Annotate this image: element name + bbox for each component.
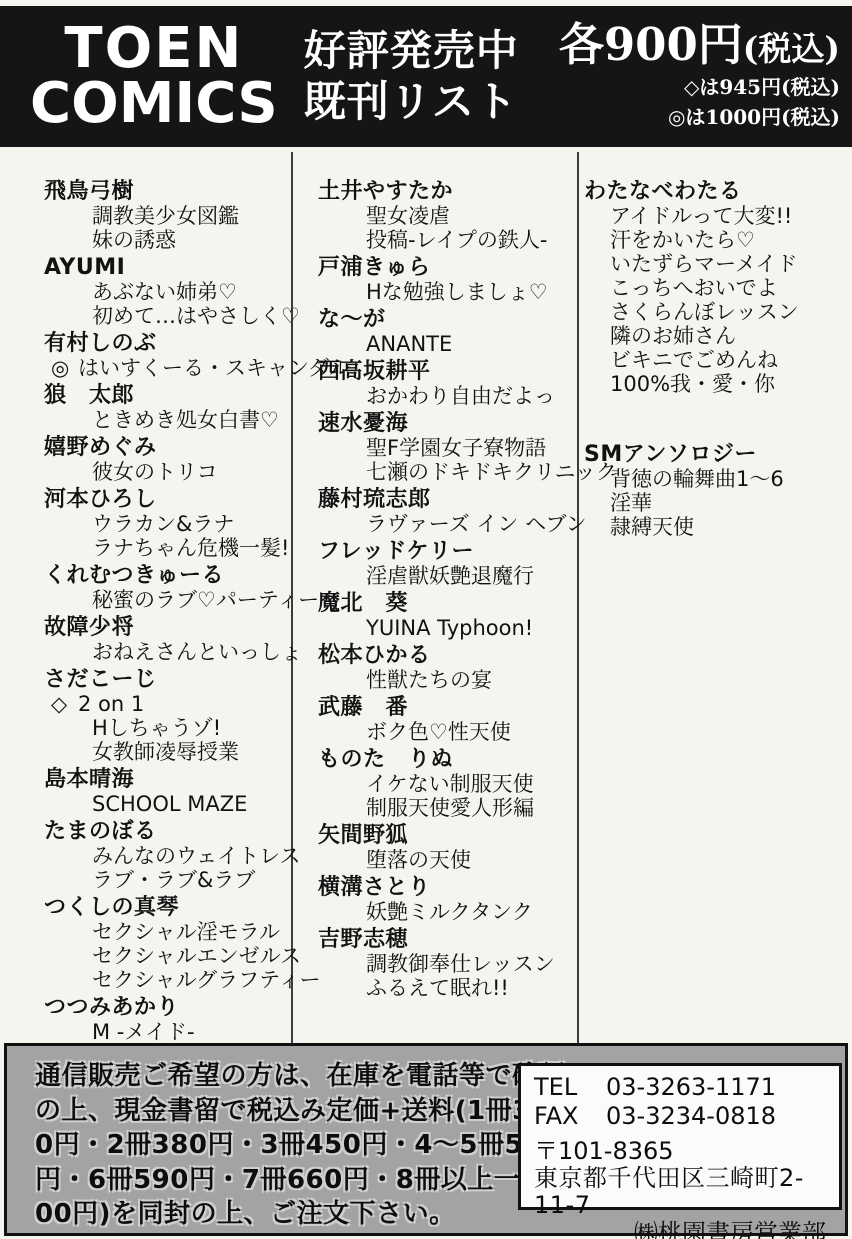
work-title: 制服天使愛人形編	[318, 796, 574, 820]
work-title: ボク色♡性天使	[318, 720, 574, 744]
work-title-text: セクシャルエンゼルス	[92, 944, 301, 968]
author-block: AYUMIあぶない姉弟♡初めて…はやさしく♡	[44, 255, 292, 328]
work-title: ◎はいすくーる・スキャンダル	[44, 356, 292, 380]
mail-order-footer: 通信販売ご希望の方は、在庫を電話等で確認の上、現金書留で税込み定価+送料(1冊3…	[4, 1043, 848, 1236]
author-name: くれむつきゅーる	[44, 563, 292, 588]
work-title-text: さくらんぼレッスン	[610, 300, 799, 324]
work-title-text: 隣のお姉さん	[610, 324, 736, 348]
book-list-column-3: わたなべわたるアイドルって大変!!汗をかいたら♡いたずらマーメイドこっちへおいで…	[584, 176, 848, 539]
author-block: 吉野志穂調教御奉仕レッスンふるえて眠れ!!	[318, 927, 574, 1000]
order-info-line: 00円)を同封の上、ご注文下さい。	[35, 1197, 565, 1232]
author-name: ものた りぬ	[318, 747, 574, 772]
work-title: 隣のお姉さん	[584, 324, 848, 348]
work-title: ラヴァーズ イン ヘブン	[318, 512, 574, 536]
column-divider-2	[577, 152, 579, 1045]
work-title-text: 妹の誘惑	[92, 228, 176, 252]
author-name: SMアンソロジー	[584, 442, 848, 467]
author-block: つくしの真琴セクシャル淫モラルセクシャルエンゼルスセクシャルグラフティー	[44, 895, 292, 992]
work-title: 堕落の天使	[318, 848, 574, 872]
work-title: 七瀬のドキドキクリニック	[318, 460, 574, 484]
fax-row: FAX 03-3234-0818	[534, 1102, 826, 1131]
work-title-text: あぶない姉弟♡	[92, 280, 237, 304]
work-title-text: Hしちゃうゾ!	[92, 716, 221, 740]
author-name: たまのぼる	[44, 819, 292, 844]
work-title-text: 七瀬のドキドキクリニック	[366, 460, 617, 484]
author-name: 吉野志穂	[318, 927, 574, 952]
order-info-line: 通信販売ご希望の方は、在庫を電話等で確認	[35, 1059, 565, 1094]
author-name: 松本ひかる	[318, 643, 574, 668]
work-title: いたずらマーメイド	[584, 252, 848, 276]
work-title-text: ボク色♡性天使	[366, 720, 511, 744]
work-title: 秘蜜のラブ♡パーティー	[44, 588, 292, 612]
author-block: 矢間野狐堕落の天使	[318, 823, 574, 872]
work-title: さくらんぼレッスン	[584, 300, 848, 324]
author-name: さだこーじ	[44, 667, 292, 692]
tel-number: 03-3263-1171	[606, 1073, 776, 1102]
author-block: くれむつきゅーる秘蜜のラブ♡パーティー	[44, 563, 292, 612]
work-title: おねえさんといっしょ	[44, 640, 292, 664]
work-title-text: 彼女のトリコ	[92, 460, 218, 484]
work-title-text: 聖F学園女子寮物語	[366, 436, 546, 460]
work-title: セクシャル淫モラル	[44, 920, 292, 944]
author-block: な〜がANANTE	[318, 307, 574, 356]
book-list-column-1: 飛鳥弓樹調教美少女図鑑妹の誘惑AYUMIあぶない姉弟♡初めて…はやさしく♡有村し…	[44, 176, 292, 1044]
author-name: 戸浦きゅら	[318, 255, 574, 280]
work-title: 100%我・愛・你	[584, 372, 848, 396]
work-title-text: SCHOOL MAZE	[92, 792, 247, 816]
work-title: ANANTE	[318, 332, 574, 356]
author-name: 飛鳥弓樹	[44, 179, 292, 204]
author-block: 嬉野めぐみ彼女のトリコ	[44, 435, 292, 484]
author-block: たまのぼるみんなのウェイトレスラブ・ラブ&ラブ	[44, 819, 292, 892]
author-block: ものた りぬイケない制服天使制服天使愛人形編	[318, 747, 574, 820]
postal-code: 〒101-8365	[534, 1138, 826, 1165]
work-title: 彼女のトリコ	[44, 460, 292, 484]
author-block: さだこーじ◇2 on 1Hしちゃうゾ!女教師凌辱授業	[44, 667, 292, 764]
author-name: 西高坂耕平	[318, 359, 574, 384]
author-name: 魔北 葵	[318, 591, 574, 616]
work-title: 妖艶ミルクタンク	[318, 900, 574, 924]
work-title: Hな勉強しましょ♡	[318, 280, 574, 304]
address: 東京都千代田区三崎町2-11-7	[534, 1165, 826, 1219]
author-name: 矢間野狐	[318, 823, 574, 848]
contact-box: TEL 03-3263-1171 FAX 03-3234-0818 〒101-8…	[518, 1063, 842, 1210]
work-title-text: 100%我・愛・你	[610, 372, 775, 396]
order-info-line: 円・6冊590円・7冊660円・8冊以上一律8	[35, 1163, 565, 1198]
author-name: 横溝さとり	[318, 875, 574, 900]
work-title: Hしちゃうゾ!	[44, 716, 292, 740]
work-title-text: M -メイド-	[92, 1020, 195, 1044]
author-name: つつみあかり	[44, 995, 292, 1020]
work-title-text: 淫華	[610, 491, 652, 515]
work-title-text: 女教師凌辱授業	[92, 740, 239, 764]
author-name: 土井やすたか	[318, 179, 574, 204]
price-main-tax-note: (税込)	[743, 29, 840, 68]
tel-label: TEL	[534, 1073, 606, 1102]
work-title: 聖F学園女子寮物語	[318, 436, 574, 460]
work-title-text: こっちへおいでよ	[610, 276, 778, 300]
work-title: YUINA Typhoon!	[318, 616, 574, 640]
author-block: 西高坂耕平おかわり自由だよっ	[318, 359, 574, 408]
work-title-text: ラヴァーズ イン ヘブン	[366, 512, 587, 536]
work-title: セクシャルグラフティー	[44, 968, 292, 992]
work-title: 隷縛天使	[584, 515, 848, 539]
work-title: アイドルって大変!!	[584, 204, 848, 228]
work-title-text: イケない制服天使	[366, 772, 534, 796]
toen-comics-logo: TOEN COMICS	[30, 22, 278, 132]
price-note-doublecircle: ◎は1000円(税込)	[559, 102, 840, 132]
author-name: 武藤 番	[318, 695, 574, 720]
work-title: 背徳の輪舞曲1〜6	[584, 467, 848, 491]
work-title: ふるえて眠れ!!	[318, 976, 574, 1000]
work-title-text: ラナちゃん危機一髪!	[92, 536, 289, 560]
price-notes: ◇は945円(税込) ◎は1000円(税込)	[559, 72, 840, 132]
work-title-text: おかわり自由だよっ	[366, 384, 555, 408]
work-title: 妹の誘惑	[44, 228, 292, 252]
work-title-text: 堕落の天使	[366, 848, 471, 872]
header-title-line1: 好評発売中	[304, 26, 519, 76]
work-title: セクシャルエンゼルス	[44, 944, 292, 968]
work-title: 初めて…はやさしく♡	[44, 304, 292, 328]
author-name: 有村しのぶ	[44, 331, 292, 356]
work-title-text: ウラカン&ラナ	[92, 512, 234, 536]
author-name: つくしの真琴	[44, 895, 292, 920]
price-main: 各900円(税込)	[559, 22, 840, 67]
price-main-amount: 各900円	[559, 18, 743, 71]
work-title-text: 性獣たちの宴	[366, 668, 492, 692]
work-title: 性獣たちの宴	[318, 668, 574, 692]
work-title-text: 調教美少女図鑑	[92, 204, 239, 228]
work-title: ラナちゃん危機一髪!	[44, 536, 292, 560]
work-title-text: 汗をかいたら♡	[610, 228, 755, 252]
work-title-text: ラブ・ラブ&ラブ	[92, 868, 255, 892]
author-name: 故障少将	[44, 615, 292, 640]
work-title-text: 聖女凌虐	[366, 204, 450, 228]
work-title-text: いたずらマーメイド	[610, 252, 798, 276]
work-title-text: 2 on 1	[78, 692, 144, 716]
order-info: 通信販売ご希望の方は、在庫を電話等で確認の上、現金書留で税込み定価+送料(1冊3…	[35, 1059, 565, 1232]
author-name: 速水憂海	[318, 411, 574, 436]
work-title: ラブ・ラブ&ラブ	[44, 868, 292, 892]
author-name: な〜が	[318, 307, 574, 332]
author-name: フレッドケリー	[318, 539, 574, 564]
book-list-column-2: 土井やすたか聖女凌虐投稿-レイプの鉄人-戸浦きゅらHな勉強しましょ♡な〜がANA…	[318, 176, 574, 1000]
work-title: おかわり自由だよっ	[318, 384, 574, 408]
author-name: わたなべわたる	[584, 179, 848, 204]
tel-row: TEL 03-3263-1171	[534, 1073, 826, 1102]
author-block: 戸浦きゅらHな勉強しましょ♡	[318, 255, 574, 304]
author-block: つつみあかりM -メイド-	[44, 995, 292, 1044]
author-block: 土井やすたか聖女凌虐投稿-レイプの鉄人-	[318, 179, 574, 252]
author-name: 藤村琉志郎	[318, 487, 574, 512]
header-title: 好評発売中 既刊リスト	[304, 26, 519, 127]
work-title-text: おねえさんといっしょ	[92, 640, 302, 664]
work-title: 調教御奉仕レッスン	[318, 952, 574, 976]
author-block: SMアンソロジー背徳の輪舞曲1〜6淫華隷縛天使	[584, 442, 848, 539]
work-title-text: 隷縛天使	[610, 515, 694, 539]
work-title: 投稿-レイプの鉄人-	[318, 228, 574, 252]
author-block: わたなべわたるアイドルって大変!!汗をかいたら♡いたずらマーメイドこっちへおいで…	[584, 179, 848, 396]
work-title: ウラカン&ラナ	[44, 512, 292, 536]
work-title-text: ときめき処女白書♡	[92, 408, 279, 432]
work-title-text: はいすくーる・スキャンダル	[78, 356, 350, 380]
work-title-text: アイドルって大変!!	[610, 204, 792, 228]
work-title-text: 初めて…はやさしく♡	[92, 304, 300, 328]
fax-label: FAX	[534, 1102, 606, 1131]
author-block: 藤村琉志郎ラヴァーズ イン ヘブン	[318, 487, 574, 536]
author-block: 武藤 番ボク色♡性天使	[318, 695, 574, 744]
author-block: 飛鳥弓樹調教美少女図鑑妹の誘惑	[44, 179, 292, 252]
logo-line2: COMICS	[30, 77, 278, 132]
work-title: ◇2 on 1	[44, 692, 292, 716]
work-title-text: 淫虐獣妖艶退魔行	[366, 564, 534, 588]
work-title-text: みんなのウェイトレス	[92, 844, 301, 868]
work-title: みんなのウェイトレス	[44, 844, 292, 868]
order-info-line: 0円・2冊380円・3冊450円・4〜5冊520	[35, 1128, 565, 1163]
work-title: イケない制服天使	[318, 772, 574, 796]
work-title-text: 妖艶ミルクタンク	[366, 900, 533, 924]
work-title-text: セクシャル淫モラル	[92, 920, 280, 944]
price-note-diamond: ◇は945円(税込)	[559, 72, 840, 102]
work-title-text: 調教御奉仕レッスン	[366, 952, 555, 976]
work-title: 淫虐獣妖艶退魔行	[318, 564, 574, 588]
company-name: ㈱桃園書房営業部	[534, 1219, 826, 1239]
author-block: 狼 太郎ときめき処女白書♡	[44, 383, 292, 432]
author-name: 狼 太郎	[44, 383, 292, 408]
work-title: あぶない姉弟♡	[44, 280, 292, 304]
work-title: 汗をかいたら♡	[584, 228, 848, 252]
logo-line1: TOEN	[30, 22, 278, 77]
author-block: 島本晴海SCHOOL MAZE	[44, 767, 292, 816]
work-title-text: ふるえて眠れ!!	[366, 976, 509, 1000]
work-title-text: 制服天使愛人形編	[366, 796, 534, 820]
work-title-text: YUINA Typhoon!	[366, 616, 533, 640]
author-block: 速水憂海聖F学園女子寮物語七瀬のドキドキクリニック	[318, 411, 574, 484]
work-title-text: 背徳の輪舞曲1〜6	[610, 467, 784, 491]
book-backmatter-page: { "header": { "logo_line1": "TOEN", "log…	[0, 0, 852, 1239]
author-name: AYUMI	[44, 255, 292, 280]
author-name: 島本晴海	[44, 767, 292, 792]
header-banner: TOEN COMICS 好評発売中 既刊リスト 各900円(税込) ◇は945円…	[0, 6, 852, 147]
work-title: 女教師凌辱授業	[44, 740, 292, 764]
work-title-text: ビキニでごめんね	[610, 348, 778, 372]
work-title-text: セクシャルグラフティー	[92, 968, 320, 992]
work-title: 聖女凌虐	[318, 204, 574, 228]
author-name: 河本ひろし	[44, 487, 292, 512]
work-title-text: Hな勉強しましょ♡	[366, 280, 548, 304]
header-title-line2: 既刊リスト	[304, 77, 519, 127]
work-title-text: 投稿-レイプの鉄人-	[366, 228, 547, 252]
price-marker-icon: ◇	[51, 692, 78, 716]
work-title: SCHOOL MAZE	[44, 792, 292, 816]
work-title-text: 秘蜜のラブ♡パーティー	[92, 588, 319, 612]
author-block: フレッドケリー淫虐獣妖艶退魔行	[318, 539, 574, 588]
author-block: 横溝さとり妖艶ミルクタンク	[318, 875, 574, 924]
order-info-line: の上、現金書留で税込み定価+送料(1冊31	[35, 1094, 565, 1129]
author-block: 魔北 葵YUINA Typhoon!	[318, 591, 574, 640]
price-marker-icon: ◎	[51, 356, 78, 380]
fax-number: 03-3234-0818	[606, 1102, 776, 1131]
author-block: 松本ひかる性獣たちの宴	[318, 643, 574, 692]
author-name: 嬉野めぐみ	[44, 435, 292, 460]
work-title: こっちへおいでよ	[584, 276, 848, 300]
work-title: M -メイド-	[44, 1020, 292, 1044]
work-title: 調教美少女図鑑	[44, 204, 292, 228]
work-title: ときめき処女白書♡	[44, 408, 292, 432]
work-title: ビキニでごめんね	[584, 348, 848, 372]
work-title: 淫華	[584, 491, 848, 515]
price-block: 各900円(税込) ◇は945円(税込) ◎は1000円(税込)	[559, 22, 840, 132]
work-title-text: ANANTE	[366, 332, 452, 356]
author-block: 有村しのぶ◎はいすくーる・スキャンダル	[44, 331, 292, 380]
author-block: 故障少将おねえさんといっしょ	[44, 615, 292, 664]
author-block: 河本ひろしウラカン&ラナラナちゃん危機一髪!	[44, 487, 292, 560]
